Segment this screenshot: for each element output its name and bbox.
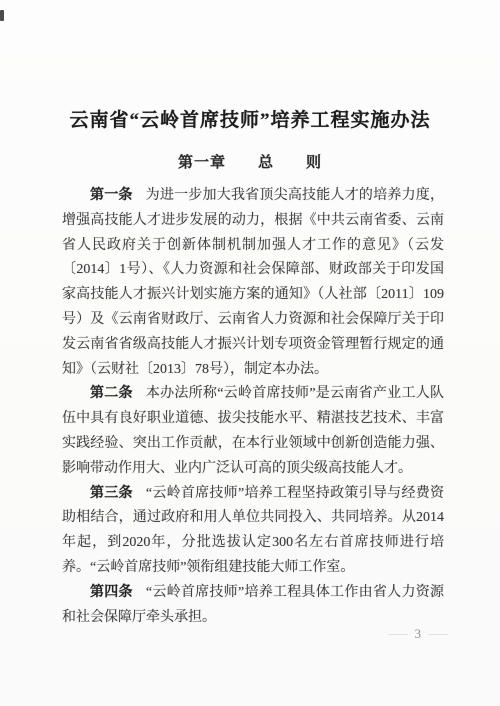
clause-1: 第一条为进一步加大我省顶尖高技能人才的培养力度，增强高技能人才进步发展的动力，根…: [62, 184, 444, 382]
page-number-value: 3: [415, 626, 422, 642]
chapter-heading: 第一章 总 则: [0, 151, 500, 172]
document-body: 第一条为进一步加大我省顶尖高技能人才的培养力度，增强高技能人才进步发展的动力，根…: [62, 184, 444, 630]
page-number-dash-right: [428, 634, 448, 635]
clause-1-label: 第一条: [90, 188, 133, 203]
scan-artifact-speck: [0, 10, 4, 21]
document-title: 云南省“云岭首席技师”培养工程实施办法: [0, 105, 500, 132]
clause-3-label: 第三条: [90, 486, 133, 501]
clause-4: 第四条“云岭首席技师”培养工程具体工作由省人力资源和社会保障厅牵头承担。: [62, 581, 444, 631]
scanned-document-page: 云南省“云岭首席技师”培养工程实施办法 第一章 总 则 第一条为进一步加大我省顶…: [0, 0, 500, 706]
page-number-dash-left: [388, 634, 408, 635]
clause-2-label: 第二条: [90, 386, 133, 401]
clause-1-text: 为进一步加大我省顶尖高技能人才的培养力度，增强高技能人才进步发展的动力，根据《中…: [62, 188, 444, 377]
clause-4-label: 第四条: [90, 585, 133, 600]
clause-3: 第三条“云岭首席技师”培养工程坚持政策引导与经费资助相结合，通过政府和用人单位共…: [62, 482, 444, 581]
clause-2: 第二条本办法所称“云岭首席技师”是云南省产业工人队伍中具有良好职业道德、拔尖技能…: [62, 382, 444, 481]
page-number: 3: [388, 626, 449, 642]
